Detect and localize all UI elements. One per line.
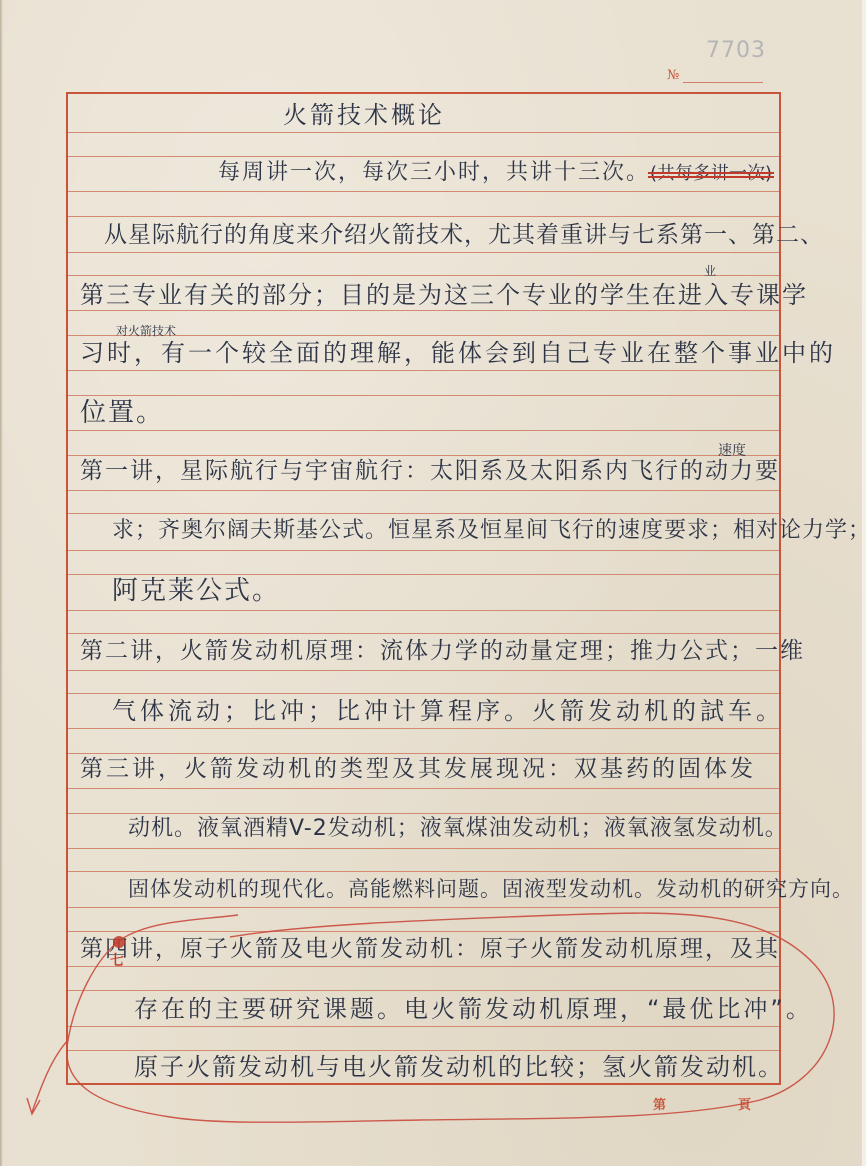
rule-line — [68, 633, 779, 634]
schedule-text: 每周讲一次，每次三小时，共讲十三次。 — [218, 160, 650, 185]
rule-line — [68, 966, 779, 967]
lecture-1-line-2: 求；齐奥尔阔夫斯基公式。恒星系及恒星间飞行的速度要求；相对论力学； — [112, 516, 866, 546]
paper-edge-right — [862, 0, 866, 1166]
intro-line-3: 习时，有一个较全面的理解，能体会到自己专业在整个事业中的 — [80, 338, 836, 368]
paper-edge-left — [0, 0, 3, 1166]
intro-line-1: 从星际航行的角度来介绍火箭技术，尤其着重讲与七系第一、第二、 — [104, 220, 824, 250]
rule-line — [68, 216, 779, 217]
intro-line-4: 位置。 — [80, 398, 164, 428]
insertion-mark: 业 — [704, 262, 716, 279]
schedule-line: 每周讲一次，每次三小时，共讲十三次。(共每多讲一次) — [218, 158, 772, 189]
lecture-4-line-2: 存在的主要研究课题。电火箭发动机原理，“最优比冲”。 — [134, 994, 813, 1024]
rule-line — [68, 848, 779, 849]
rule-line — [68, 871, 779, 872]
rule-line — [68, 513, 779, 514]
page-suffix-label: 頁 — [738, 1094, 751, 1113]
insertion-mark: 对火箭技术 — [116, 322, 176, 339]
rule-line — [68, 693, 779, 694]
rule-line — [68, 490, 779, 491]
struck-out-note: (共每多讲一次) — [650, 163, 772, 184]
rule-line — [68, 788, 779, 789]
rule-line — [68, 252, 779, 253]
document-title: 火箭技术概论 — [283, 100, 445, 130]
lecture-4-line-3: 原子火箭发动机与电火箭发动机的比较；氢火箭发动机。 — [134, 1052, 784, 1082]
rule-line — [68, 156, 779, 157]
lecture-4-line-1: 第四讲，原子火箭及电火箭发动机：原子火箭发动机原理，及其 — [80, 934, 780, 964]
rule-line — [68, 395, 779, 396]
rule-line — [68, 931, 779, 932]
rule-line — [68, 610, 779, 611]
number-blank-line — [683, 82, 763, 83]
lecture-3-line-1: 第三讲，火箭发动机的类型及其发展现况：双基药的固体发 — [80, 754, 756, 784]
rule-line — [68, 728, 779, 729]
lecture-3-line-2: 动机。液氧酒精V-2发动机；液氧煤油发动机；液氧液氢发动机。 — [128, 814, 788, 844]
rule-line — [68, 1026, 779, 1027]
rule-line — [68, 907, 779, 908]
rule-line — [68, 275, 779, 276]
intro-line-2: 第三专业有关的部分；目的是为这三个专业的学生在进入专课学 — [80, 280, 808, 310]
lecture-1-line-3: 阿克莱公式。 — [112, 576, 280, 606]
number-label: № — [667, 68, 679, 83]
rule-line — [68, 132, 779, 133]
rule-line — [68, 670, 779, 671]
lecture-2-line-1: 第二讲，火箭发动机原理：流体力学的动量定理；推力公式；一维 — [80, 636, 805, 666]
lecture-3-line-3: 固体发动机的现代化。高能燃料问题。固液型发动机。发动机的研究方向。 — [128, 874, 854, 904]
rule-line — [68, 310, 779, 311]
archive-number: 7703 — [706, 38, 766, 63]
lecture-1-line-1: 第一讲，星际航行与宇宙航行：太阳系及太阳系内飞行的动力要 — [80, 456, 780, 486]
page-prefix-label: 第 — [653, 1094, 666, 1113]
lecture-2-line-2: 气体流动；比冲；比冲计算程序。火箭发动机的試车。 — [112, 696, 784, 726]
rule-line — [68, 550, 779, 551]
rule-line — [68, 191, 779, 192]
rule-line — [68, 1050, 779, 1051]
rule-line — [68, 430, 779, 431]
rule-line — [68, 370, 779, 371]
red-correction-mark: 七 — [110, 950, 124, 970]
rule-line — [68, 574, 779, 575]
rule-line — [68, 990, 779, 991]
